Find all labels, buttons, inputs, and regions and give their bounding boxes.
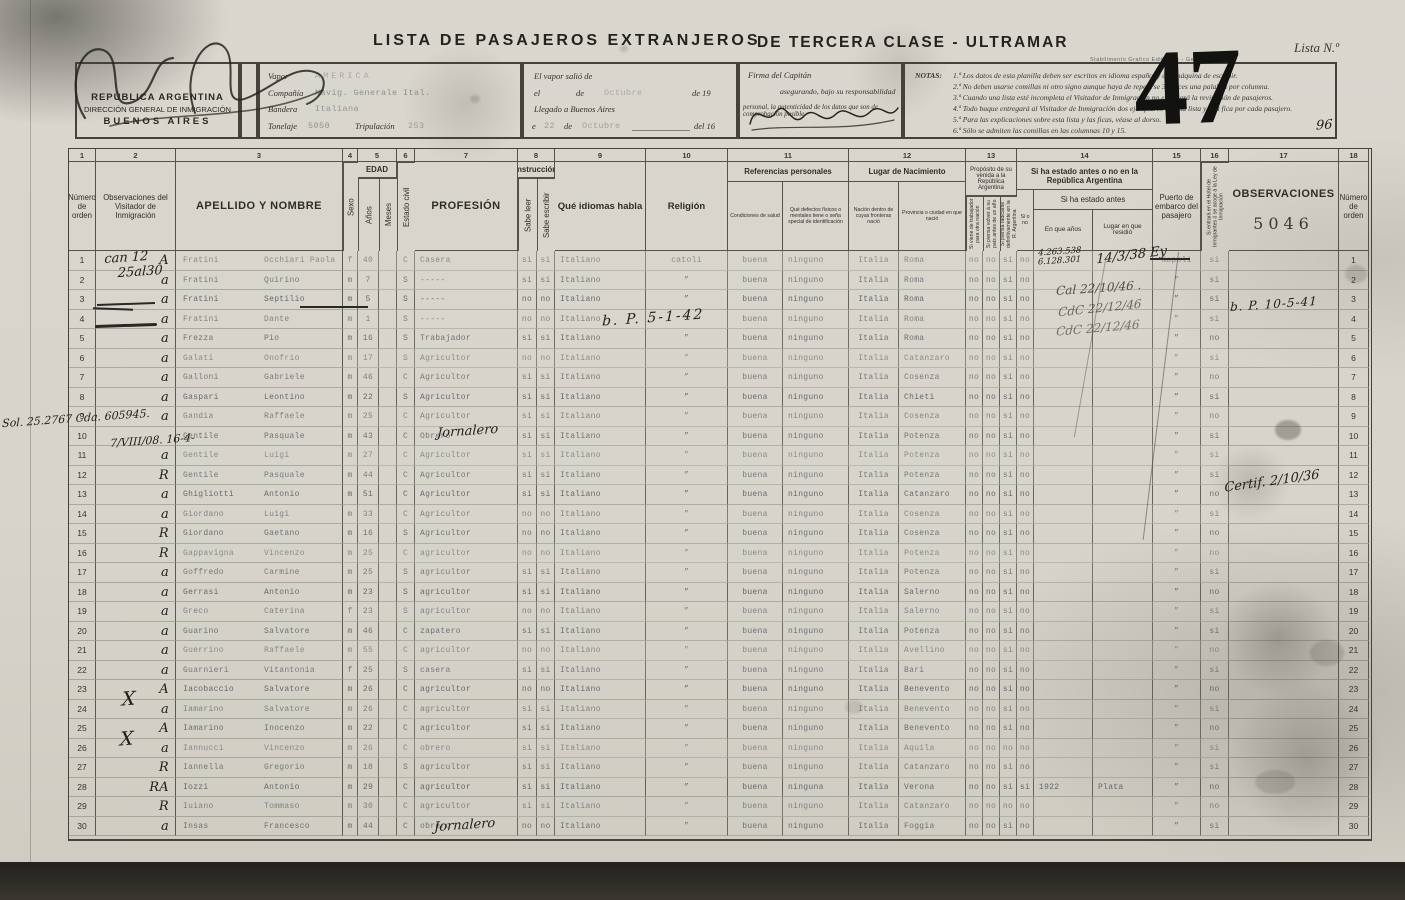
cell-nombre: Antonio [264, 583, 300, 603]
cell-id: Italiano [555, 349, 646, 369]
cell-p2: no [983, 407, 1000, 427]
cell-ho: si [1201, 310, 1229, 330]
cell-so: no [1017, 466, 1034, 486]
cell-p2: no [983, 758, 1000, 778]
cell-ms [379, 739, 397, 759]
cell-pr: Catanzaro [899, 758, 966, 778]
cell-apellido: Greco [183, 602, 209, 622]
cell-sx: m [343, 485, 358, 505]
cell-le: no [518, 817, 537, 837]
header-c1: Número de orden [69, 162, 96, 251]
header-c4: Sexo [343, 162, 358, 251]
cell-lu [1093, 446, 1153, 466]
visitador-mark: a [161, 739, 169, 759]
cell-n: 20 [69, 622, 96, 642]
cell-p3: si [1000, 778, 1017, 798]
cell-pu: ” [1153, 661, 1201, 681]
cell-pu: ” [1153, 817, 1201, 837]
cell-ob [1229, 524, 1339, 544]
stain [1345, 265, 1367, 283]
cell-le: si [518, 271, 537, 291]
cell-pu: ” [1153, 505, 1201, 525]
cell-ms [379, 817, 397, 837]
column-number: 5 [358, 149, 397, 162]
cell-na: Italia [849, 290, 899, 310]
cell-n: 12 [69, 466, 96, 486]
cell-sa: buena [728, 427, 783, 447]
cell-df: ninguno [783, 407, 849, 427]
cell-ms [379, 622, 397, 642]
cell-pf: agricultor [415, 544, 518, 564]
cell-pf: agricultor [415, 719, 518, 739]
x-mark-row25: X [120, 727, 134, 750]
cell-n2: 29 [1339, 797, 1369, 817]
visitador-mark: a [161, 446, 169, 466]
cell-ag: 23 [358, 602, 379, 622]
document-title-left: LISTA DE PASAJEROS EXTRANJEROS [373, 32, 761, 50]
cell-apellido: Iozzi [183, 778, 209, 798]
cell-na: Italia [849, 329, 899, 349]
cell-sa: buena [728, 505, 783, 525]
cell-pf: Casera [415, 251, 518, 271]
paper-fold-line [30, 0, 31, 862]
cell-sa: buena [728, 271, 783, 291]
cell-id: Italiano [555, 290, 646, 310]
cell-pf: zapatero [415, 622, 518, 642]
cell-pr: Cosenza [899, 505, 966, 525]
cell-ob [1229, 719, 1339, 739]
cell-pf: Agricultor [415, 485, 518, 505]
cell-le: no [518, 290, 537, 310]
cell-sx: m [343, 778, 358, 798]
cell-cv: C [397, 641, 415, 661]
cell-pf: agricultor [415, 641, 518, 661]
cell-na: Italia [849, 310, 899, 330]
cell-lu [1093, 661, 1153, 681]
voyage-line1: El vapor salió de [534, 71, 592, 81]
cell-le: si [518, 700, 537, 720]
cell-ho: no [1201, 797, 1229, 817]
column-number: 8 [518, 149, 555, 162]
cell-ag: 43 [358, 427, 379, 447]
cell-ms [379, 641, 397, 661]
cell-cv: S [397, 271, 415, 291]
cell-ay [1034, 544, 1093, 564]
cell-df: ninguno [783, 251, 849, 271]
cell-ay [1034, 427, 1093, 447]
cell-pr: Benevento [899, 700, 966, 720]
cell-p1: no [966, 583, 983, 603]
document-paper: LISTA DE PASAJEROS EXTRANJEROS DE TERCER… [0, 0, 1405, 862]
cell-nombre: Quirino [264, 271, 300, 291]
cell-pf: Agricultor [415, 524, 518, 544]
cell-mk: a [96, 446, 176, 466]
cell-na: Italia [849, 719, 899, 739]
cell-p2: no [983, 680, 1000, 700]
cell-n2: 28 [1339, 778, 1369, 798]
lista-n-label: Lista N.º [1294, 40, 1339, 56]
cell-le: si [518, 719, 537, 739]
cell-nombre: Septilio [264, 290, 305, 310]
cell-nombre: FratiniQuirino [176, 271, 343, 291]
cell-cv: S [397, 388, 415, 408]
cell-so: no [1017, 271, 1034, 291]
cell-ho: no [1201, 641, 1229, 661]
visitador-mark: a [161, 407, 169, 427]
cell-pu: ” [1153, 778, 1201, 798]
cell-nombre: IamarinoSalvatore [176, 700, 343, 720]
fecha1-strike [1150, 258, 1190, 260]
cell-na: Italia [849, 446, 899, 466]
cell-p1: no [966, 817, 983, 837]
cell-nombre: GentileLuigi [176, 446, 343, 466]
cell-pu: ” [1153, 700, 1201, 720]
cell-so: no [1017, 407, 1034, 427]
cell-ob [1229, 563, 1339, 583]
cell-na: Italia [849, 407, 899, 427]
cell-apellido: Iacobaccio [183, 680, 234, 700]
cell-ag: 44 [358, 466, 379, 486]
voyage-month2: Octubre [582, 121, 621, 131]
voyage-day: 22 [544, 121, 555, 131]
cell-n: 23 [69, 680, 96, 700]
cell-apellido: Guerrino [183, 641, 224, 661]
cell-df: ninguno [783, 349, 849, 369]
cell-le: si [518, 407, 537, 427]
cell-pf: Agricultor [415, 368, 518, 388]
header-c12b: Provincia o ciudad en que nació [899, 182, 966, 251]
cell-id: Italiano [555, 388, 646, 408]
cell-p1: no [966, 622, 983, 642]
cell-p2: no [983, 329, 1000, 349]
cell-sa: buena [728, 739, 783, 759]
cell-sx: m [343, 427, 358, 447]
cell-ob [1229, 544, 1339, 564]
cell-p3: si [1000, 602, 1017, 622]
cell-p2: no [983, 797, 1000, 817]
cell-p2: no [983, 505, 1000, 525]
cell-p1: no [966, 349, 983, 369]
cell-ms [379, 271, 397, 291]
cell-p2: no [983, 602, 1000, 622]
cell-lu [1093, 583, 1153, 603]
cell-ay [1034, 446, 1093, 466]
cell-nombre: Vitantonia [264, 661, 315, 681]
cell-ms [379, 583, 397, 603]
cell-ag: 26 [358, 680, 379, 700]
cell-ay [1034, 388, 1093, 408]
cell-pr: Potenza [899, 446, 966, 466]
header-c5b: Meses [379, 178, 397, 251]
cell-sx: m [343, 641, 358, 661]
visitador-mark: a [161, 563, 169, 583]
cell-p2: no [983, 583, 1000, 603]
cell-le: si [518, 563, 537, 583]
cell-rl: ” [646, 563, 728, 583]
column-number: 1 [69, 149, 96, 162]
cell-ay [1034, 700, 1093, 720]
cell-nombre: GiordanoGaetano [176, 524, 343, 544]
cell-ms [379, 427, 397, 447]
cell-ms [379, 524, 397, 544]
cell-ms [379, 446, 397, 466]
cell-df: ninguno [783, 622, 849, 642]
cell-id: Italiano [555, 602, 646, 622]
cell-n2: 19 [1339, 602, 1369, 622]
cell-es: si [537, 466, 555, 486]
cell-nombre: IuianoTommaso [176, 797, 343, 817]
column-number: 2 [96, 149, 176, 162]
cell-nombre: GentilePasquale [176, 427, 343, 447]
cell-p1: no [966, 251, 983, 271]
cell-pr: Potenza [899, 622, 966, 642]
cell-apellido: Iamarino [183, 719, 224, 739]
cell-so: no [1017, 349, 1034, 369]
cell-nombre: GentilePasquale [176, 466, 343, 486]
cell-ay [1034, 817, 1093, 837]
column-number: 6 [397, 149, 415, 162]
cell-le: si [518, 329, 537, 349]
cell-ob [1229, 700, 1339, 720]
cell-nombre: Pasquale [264, 427, 305, 447]
cell-na: Italia [849, 817, 899, 837]
cell-apellido: Guarnieri [183, 661, 229, 681]
cell-nombre: GuarnieriVitantonia [176, 661, 343, 681]
header-c13c: Si piensa radicarse definitivamente en l… [1000, 196, 1017, 251]
cell-n: 4 [69, 310, 96, 330]
cell-apellido: Gandia [183, 407, 214, 427]
cell-ob [1229, 583, 1339, 603]
cell-pr: Catanzaro [899, 485, 966, 505]
cell-ag: 30 [358, 797, 379, 817]
cell-df: ninguno [783, 700, 849, 720]
cell-apellido: Fratini [183, 310, 219, 330]
header-c14g: Si ha estado antes o no en la República … [1017, 162, 1153, 190]
header-c13a: Si viene de trabajador para otra nación [966, 196, 983, 251]
cell-ob [1229, 368, 1339, 388]
cell-nombre: Gaetano [264, 524, 300, 544]
header-c2: Observaciones del Visitador de Inmigraci… [96, 162, 176, 251]
cell-cv: C [397, 544, 415, 564]
cell-ho: si [1201, 388, 1229, 408]
cell-pu: ” [1153, 446, 1201, 466]
visitador-mark: R [159, 524, 169, 544]
cell-ag: 26 [358, 739, 379, 759]
header-c13g: Propósito de su venida a la República Ar… [966, 162, 1017, 196]
cell-sa: buena [728, 758, 783, 778]
cell-ay [1034, 583, 1093, 603]
cell-na: Italia [849, 602, 899, 622]
cell-nombre: IacobaccioSalvatore [176, 680, 343, 700]
cell-ag: 33 [358, 505, 379, 525]
cell-id: Italiano [555, 524, 646, 544]
cell-n2: 26 [1339, 739, 1369, 759]
cell-p1: no [966, 310, 983, 330]
cell-sx: m [343, 310, 358, 330]
cell-ag: 46 [358, 368, 379, 388]
cell-nombre: GoffredoCarmine [176, 563, 343, 583]
cell-pr: Cosenza [899, 368, 966, 388]
cell-ms [379, 544, 397, 564]
column-number: 10 [646, 149, 728, 162]
cell-le: si [518, 388, 537, 408]
column-number: 3 [176, 149, 343, 162]
cell-p1: no [966, 290, 983, 310]
cell-sx: m [343, 349, 358, 369]
cell-rl: ” [646, 758, 728, 778]
cell-le: no [518, 524, 537, 544]
header-observaciones-label: OBSERVACIONES [1229, 188, 1338, 200]
cell-nombre: InsasFrancesco [176, 817, 343, 837]
cell-sa: buena [728, 797, 783, 817]
note-can12-line2: 25al30 [118, 263, 163, 281]
cell-pu: ” [1153, 368, 1201, 388]
cell-pu: ” [1153, 466, 1201, 486]
cell-id: Italiano [555, 641, 646, 661]
cell-df: ninguno [783, 446, 849, 466]
cell-so: no [1017, 719, 1034, 739]
voyage-de2: de [564, 121, 572, 131]
cell-apellido: Guarino [183, 622, 219, 642]
cell-ob [1229, 602, 1339, 622]
cell-lu: Plata [1093, 778, 1153, 798]
cell-es: no [537, 544, 555, 564]
cell-pu: ” [1153, 427, 1201, 447]
cell-p2: no [983, 368, 1000, 388]
cell-id: Italiano [555, 446, 646, 466]
cell-id: Italiano [555, 739, 646, 759]
cell-ay: 1922 [1034, 778, 1093, 798]
cell-p2: no [983, 290, 1000, 310]
cell-mk: a [96, 388, 176, 408]
voyage-e: e [532, 121, 536, 131]
cell-lu [1093, 368, 1153, 388]
cell-id: Italiano [555, 505, 646, 525]
cell-ay [1034, 641, 1093, 661]
cell-lu [1093, 797, 1153, 817]
visitador-mark: a [161, 583, 169, 603]
cell-p2: no [983, 719, 1000, 739]
cell-es: no [537, 817, 555, 837]
cell-mk: a [96, 290, 176, 310]
cell-na: Italia [849, 368, 899, 388]
cell-n: 25 [69, 719, 96, 739]
cell-ho: si [1201, 505, 1229, 525]
cell-cv: C [397, 797, 415, 817]
cell-sx: m [343, 583, 358, 603]
cell-pu: ” [1153, 680, 1201, 700]
cell-ms [379, 602, 397, 622]
cell-p3: si [1000, 485, 1017, 505]
cell-df: ninguno [783, 329, 849, 349]
cell-pf: Agricultor [415, 466, 518, 486]
cell-mk: R [96, 524, 176, 544]
cell-p3: si [1000, 310, 1017, 330]
cell-apellido: Fratini [183, 290, 219, 310]
cell-nombre: Salvatore [264, 680, 310, 700]
cell-so: no [1017, 700, 1034, 720]
cell-nombre: IozziAntonio [176, 778, 343, 798]
cell-ob [1229, 271, 1339, 291]
cell-nombre: Pio [264, 329, 279, 349]
cell-es: si [537, 700, 555, 720]
cell-nombre: FrezzaPio [176, 329, 343, 349]
cell-p1: no [966, 466, 983, 486]
header-c8b: Sabe escribir [537, 178, 555, 251]
cell-pu: ” [1153, 602, 1201, 622]
cell-ms [379, 661, 397, 681]
cell-sa: buena [728, 407, 783, 427]
cell-ay [1034, 602, 1093, 622]
cell-pf: ----- [415, 310, 518, 330]
cell-df: ninguno [783, 641, 849, 661]
cell-lu [1093, 407, 1153, 427]
cell-df: ninguno [783, 310, 849, 330]
cell-p3: si [1000, 641, 1017, 661]
cell-le: no [518, 641, 537, 661]
cell-pr: Verona [899, 778, 966, 798]
cell-p3: no [1000, 739, 1017, 759]
cell-pu: ” [1153, 310, 1201, 330]
cell-sx: m [343, 700, 358, 720]
cell-ob [1229, 446, 1339, 466]
cell-n2: 22 [1339, 661, 1369, 681]
cell-sx: m [343, 797, 358, 817]
cell-n: 30 [69, 817, 96, 837]
header-c3: APELLIDO Y NOMBRE [176, 162, 343, 251]
cell-df: ninguno [783, 661, 849, 681]
stain [845, 700, 863, 714]
visitador-mark: a [161, 602, 169, 622]
visitador-mark: RA [149, 778, 169, 798]
column-number: 16 [1201, 149, 1229, 162]
cell-le: si [518, 739, 537, 759]
cell-n: 29 [69, 797, 96, 817]
cell-es: no [537, 602, 555, 622]
cell-ay [1034, 505, 1093, 525]
cell-na: Italia [849, 758, 899, 778]
cell-ay [1034, 349, 1093, 369]
cell-apellido: Iannucci [183, 739, 224, 759]
cell-pf: agricultor [415, 758, 518, 778]
cell-ms [379, 680, 397, 700]
cell-ay [1034, 466, 1093, 486]
cell-es: no [537, 349, 555, 369]
cell-na: Italia [849, 661, 899, 681]
cell-mk: a [96, 349, 176, 369]
cell-es: si [537, 329, 555, 349]
cell-n2: 11 [1339, 446, 1369, 466]
cell-df: ninguno [783, 524, 849, 544]
cell-ay [1034, 758, 1093, 778]
voyage-de1: de [576, 88, 584, 98]
cell-ob [1229, 251, 1339, 271]
cell-cv: C [397, 700, 415, 720]
scanner-background [0, 862, 1405, 900]
cell-ho: si [1201, 739, 1229, 759]
cell-pu: ” [1153, 641, 1201, 661]
column-number: 11 [728, 149, 849, 162]
cell-ho: no [1201, 719, 1229, 739]
cell-so: no [1017, 661, 1034, 681]
cell-n: 2 [69, 271, 96, 291]
cell-rl: ” [646, 817, 728, 837]
cell-ob [1229, 622, 1339, 642]
cell-sa: buena [728, 388, 783, 408]
voyage-de19: de 19 [692, 88, 711, 98]
cell-p3: si [1000, 583, 1017, 603]
cell-p2: no [983, 544, 1000, 564]
